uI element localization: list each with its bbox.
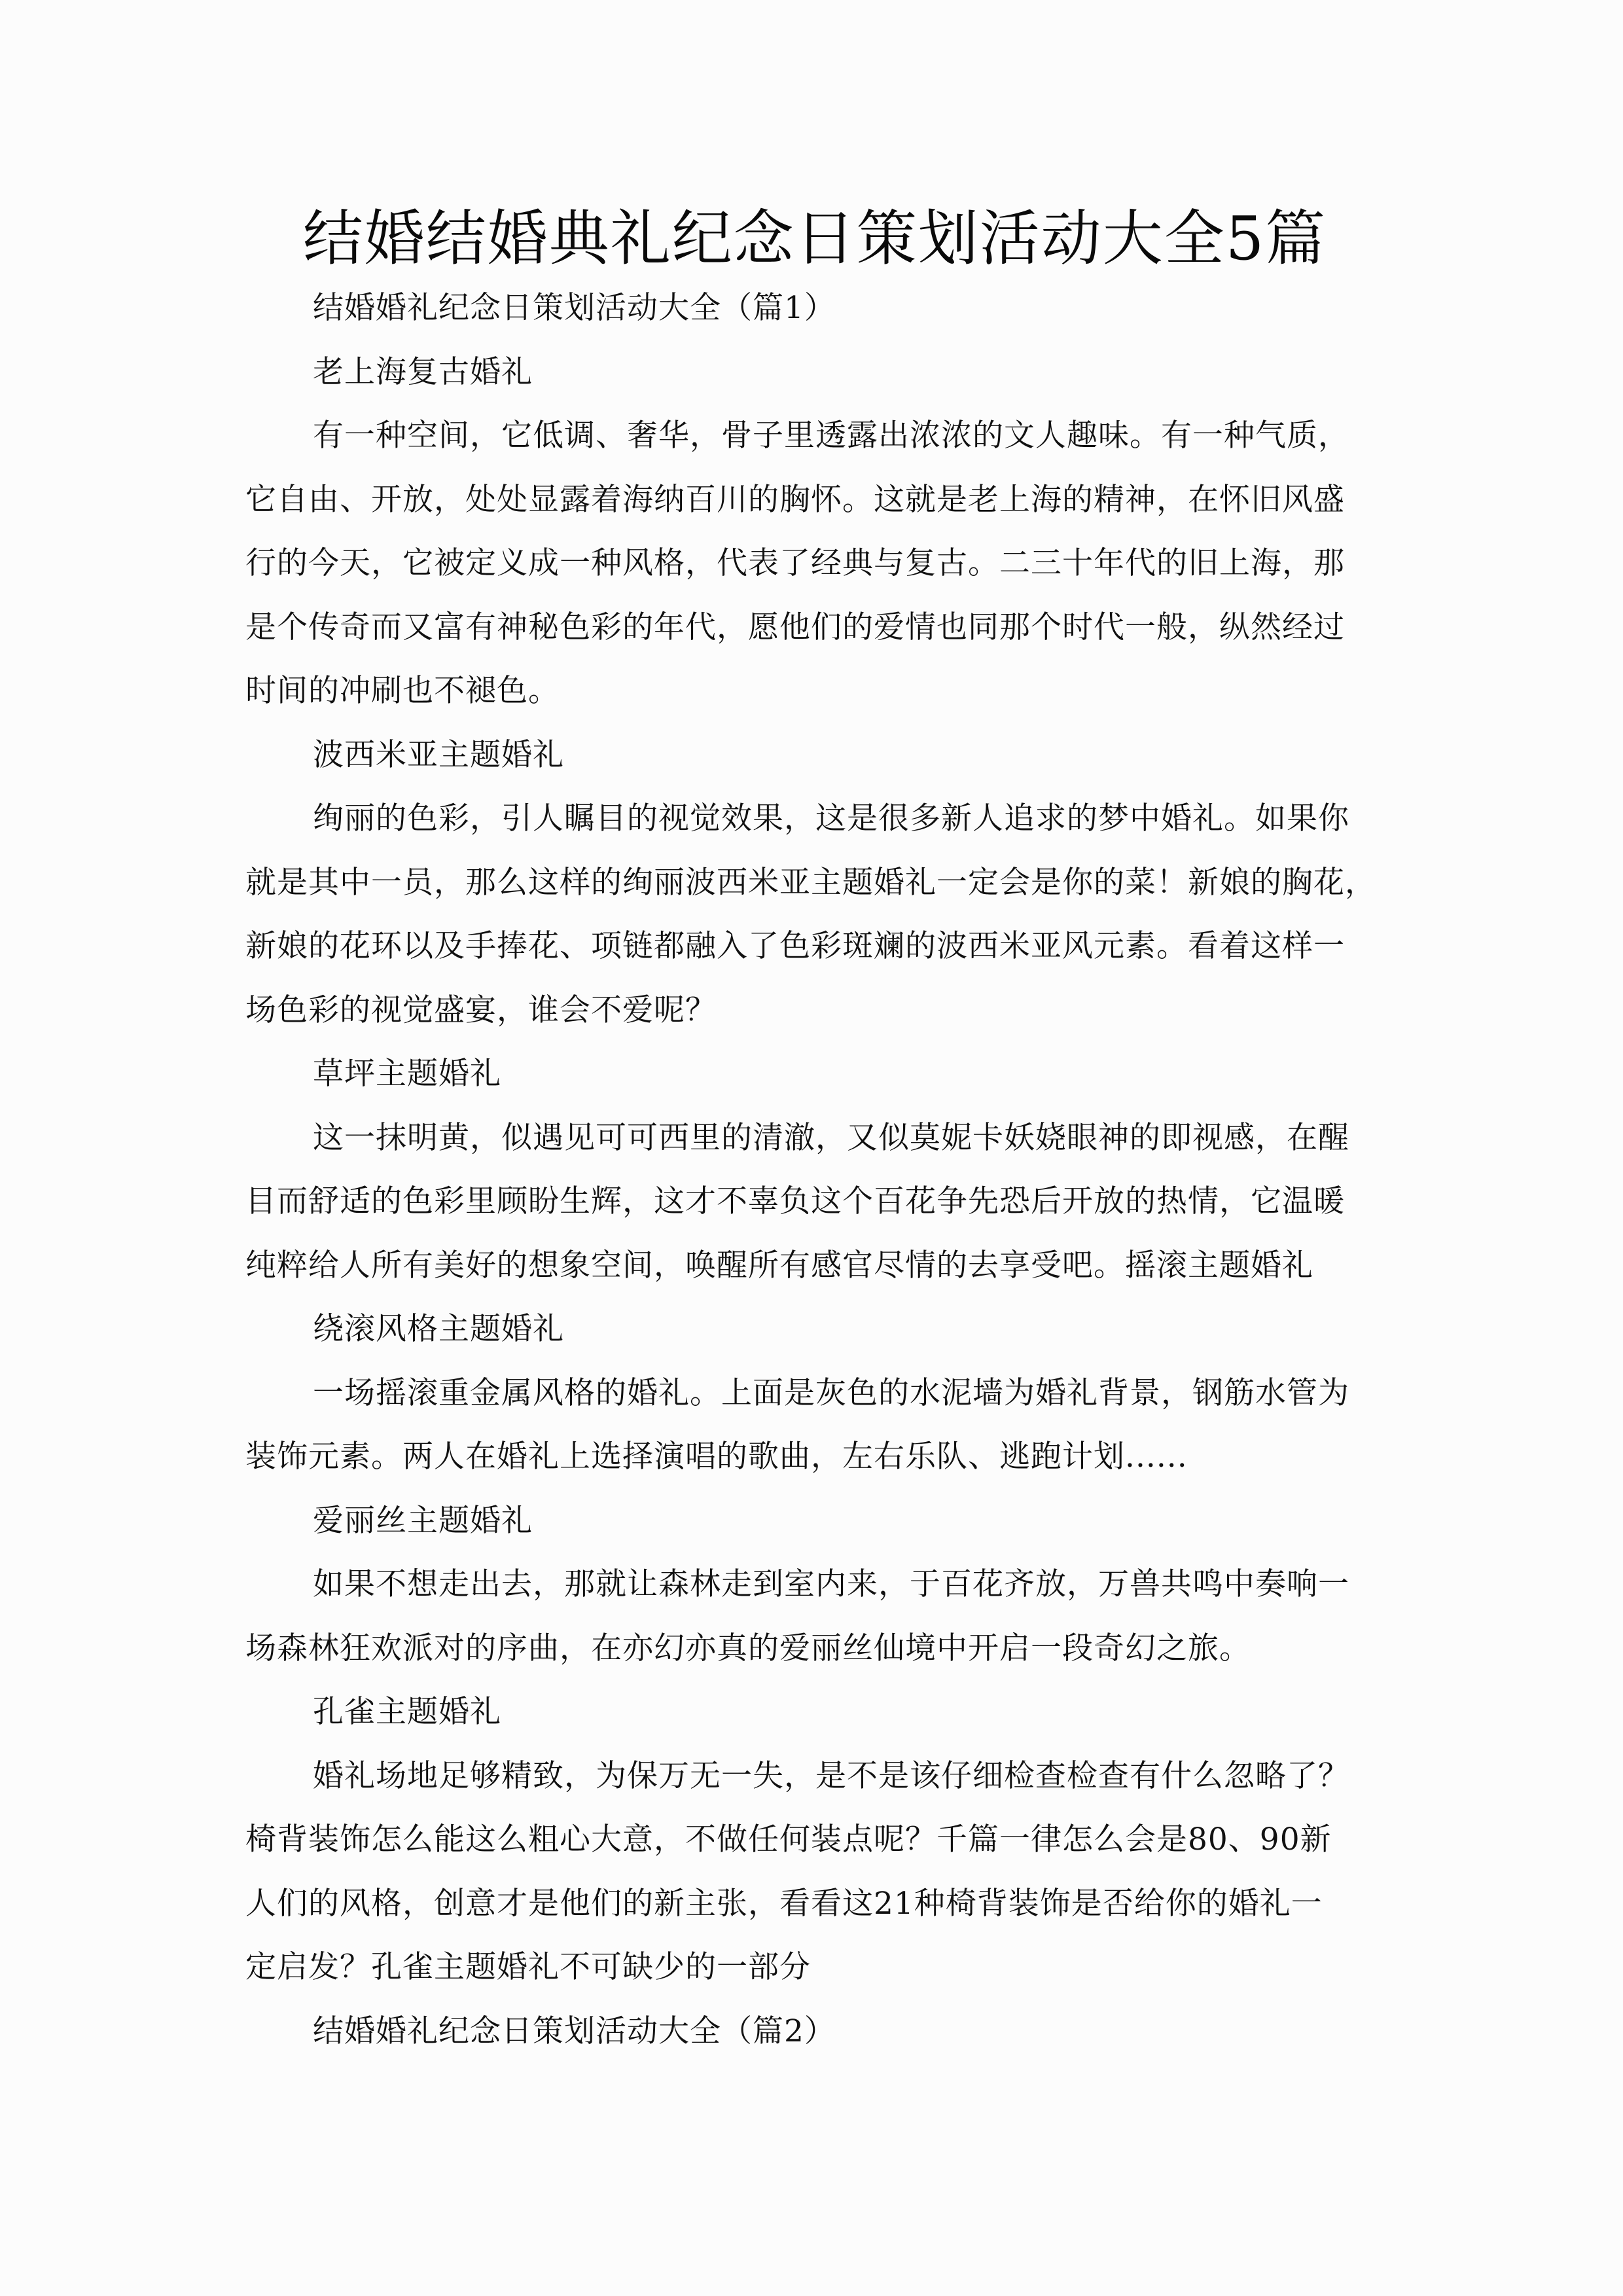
paragraph-line: 这一抹明黄，似遇见可可西里的清澈，又似莫妮卡妖娆眼神的即视感，在醒 [245,1106,1384,1170]
subheading: 孔雀主题婚礼 [245,1680,1384,1744]
paragraph-line: 新娘的花环以及手捧花、项链都融入了色彩斑斓的波西米亚风元素。看着这样一 [245,914,1384,978]
paragraph-line: 场森林狂欢派对的序曲，在亦幻亦真的爱丽丝仙境中开启一段奇幻之旅。 [245,1617,1384,1681]
paragraph-line: 场色彩的视觉盛宴，谁会不爱呢？ [245,978,1384,1043]
paragraph-line: 如果不想走出去，那就让森林走到室内来，于百花齐放，万兽共鸣中奏响一 [245,1552,1384,1617]
paragraph-line: 婚礼场地足够精致，为保万无一失，是不是该仔细检查检查有什么忽略了？ [245,1744,1384,1808]
paragraph-line: 一场摇滚重金属风格的婚礼。上面是灰色的水泥墙为婚礼背景，钢筋水管为 [245,1361,1384,1426]
paragraph-line: 人们的风格，创意才是他们的新主张，看看这21种椅背装饰是否给你的婚礼一 [245,1872,1384,1936]
subheading: 波西米亚主题婚礼 [245,723,1384,787]
document-title: 结婚结婚典礼纪念日策划活动大全5篇 [245,196,1384,281]
section-heading: 结婚婚礼纪念日策划活动大全（篇1） [245,276,1384,340]
subheading: 绕滚风格主题婚礼 [245,1297,1384,1361]
paragraph-line: 有一种空间，它低调、奢华，骨子里透露出浓浓的文人趣味。有一种气质， [245,404,1384,468]
paragraph-line: 绚丽的色彩，引人瞩目的视觉效果，这是很多新人追求的梦中婚礼。如果你 [245,787,1384,851]
paragraph-line: 装饰元素。两人在婚礼上选择演唱的歌曲，左右乐队、逃跑计划...... [245,1425,1384,1489]
paragraph-line: 椅背装饰怎么能这么粗心大意，不做任何装点呢？千篇一律怎么会是80、90新 [245,1808,1384,1872]
paragraph-line: 就是其中一员，那么这样的绚丽波西米亚主题婚礼一定会是你的菜！新娘的胸花， [245,851,1384,915]
document-page: 结婚结婚典礼纪念日策划活动大全5篇 结婚婚礼纪念日策划活动大全（篇1） 老上海复… [245,196,1384,2063]
paragraph-line: 目而舒适的色彩里顾盼生辉，这才不辜负这个百花争先恐后开放的热情，它温暖 [245,1170,1384,1234]
subheading: 老上海复古婚礼 [245,340,1384,404]
paragraph-line: 时间的冲刷也不褪色。 [245,659,1384,723]
subheading: 爱丽丝主题婚礼 [245,1489,1384,1553]
paragraph-line: 它自由、开放，处处显露着海纳百川的胸怀。这就是老上海的精神，在怀旧风盛 [245,468,1384,532]
section-heading: 结婚婚礼纪念日策划活动大全（篇2） [245,2000,1384,2064]
document-body: 结婚婚礼纪念日策划活动大全（篇1） 老上海复古婚礼 有一种空间，它低调、奢华，骨… [245,276,1384,2063]
subheading: 草坪主题婚礼 [245,1042,1384,1106]
paragraph-line: 是个传奇而又富有神秘色彩的年代，愿他们的爱情也同那个时代一般，纵然经过 [245,596,1384,660]
paragraph-line: 定启发？孔雀主题婚礼不可缺少的一部分 [245,1935,1384,2000]
paragraph-line: 纯粹给人所有美好的想象空间，唤醒所有感官尽情的去享受吧。摇滚主题婚礼 [245,1234,1384,1298]
paragraph-line: 行的今天，它被定义成一种风格，代表了经典与复古。二三十年代的旧上海，那 [245,531,1384,596]
